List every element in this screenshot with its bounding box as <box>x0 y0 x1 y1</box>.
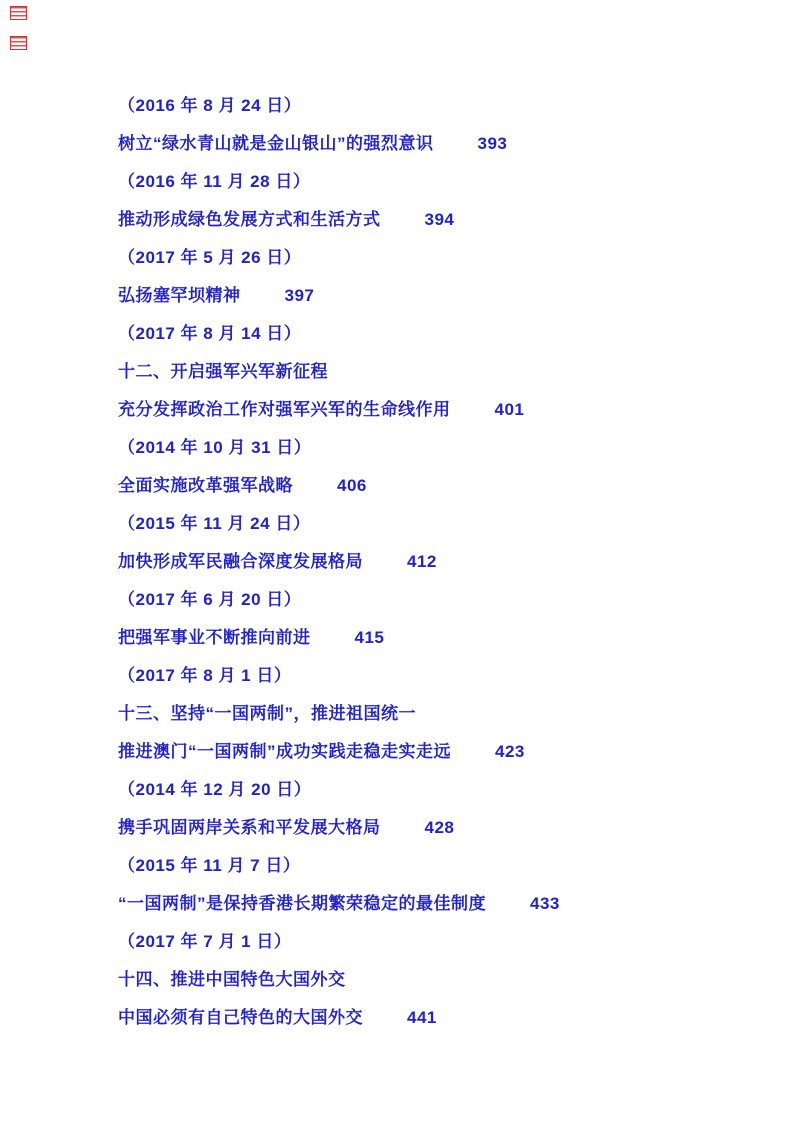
toc-line-title: 充分发挥政治工作对强军兴军的生命线作用401 <box>118 391 760 429</box>
toc-line-title: 加快形成军民融合深度发展格局412 <box>118 543 760 581</box>
toc-entry-page-number: 428 <box>425 818 455 837</box>
toc-line-title: 弘扬塞罕坝精神397 <box>118 277 760 315</box>
toc-entry-page-number: 433 <box>530 894 560 913</box>
toc-line-title: 中国必须有自己特色的大国外交441 <box>118 999 760 1037</box>
toc-entry-page-number: 401 <box>495 400 525 419</box>
toc-line-section: 十四、推进中国特色大国外交 <box>118 961 760 999</box>
corner-stamp-marks <box>10 6 32 66</box>
toc-line-date: （2015 年 11 月 7 日） <box>118 847 760 885</box>
toc-entry-page-number: 406 <box>337 476 367 495</box>
toc-entry-date: （2014 年 12 月 20 日） <box>118 780 311 799</box>
toc-entry-date: （2014 年 10 月 31 日） <box>118 438 311 457</box>
toc-entry-page-number: 441 <box>407 1008 437 1027</box>
toc-line-date: （2017 年 6 月 20 日） <box>118 581 760 619</box>
toc-line-title: “一国两制”是保持香港长期繁荣稳定的最佳制度433 <box>118 885 760 923</box>
toc-entry-title: 加快形成军民融合深度发展格局 <box>118 552 363 571</box>
toc-entry-title: 推进澳门“一国两制”成功实践走稳走实走远 <box>118 742 451 761</box>
toc-entry-date: （2016 年 11 月 28 日） <box>118 172 310 191</box>
toc-entry-date: （2017 年 8 月 1 日） <box>118 666 291 685</box>
toc-section-heading: 十三、坚持“一国两制”，推进祖国统一 <box>118 704 416 723</box>
toc-line-date: （2017 年 7 月 1 日） <box>118 923 760 961</box>
toc-entry-page-number: 415 <box>355 628 385 647</box>
toc-line-date: （2017 年 8 月 14 日） <box>118 315 760 353</box>
toc-entry-date: （2017 年 7 月 1 日） <box>118 932 291 951</box>
toc-line-title: 携手巩固两岸关系和平发展大格局428 <box>118 809 760 847</box>
toc-line-section: 十二、开启强军兴军新征程 <box>118 353 760 391</box>
toc-line-section: 十三、坚持“一国两制”，推进祖国统一 <box>118 695 760 733</box>
toc-entry-title: 树立“绿水青山就是金山银山”的强烈意识 <box>118 134 434 153</box>
toc-list: （2016 年 8 月 24 日）树立“绿水青山就是金山银山”的强烈意识393（… <box>118 87 760 1037</box>
toc-entry-page-number: 394 <box>425 210 455 229</box>
toc-entry-title: 中国必须有自己特色的大国外交 <box>118 1008 363 1027</box>
document-page: （2016 年 8 月 24 日）树立“绿水青山就是金山银山”的强烈意识393（… <box>0 0 800 1130</box>
toc-entry-title: 全面实施改革强军战略 <box>118 476 293 495</box>
toc-line-date: （2017 年 5 月 26 日） <box>118 239 760 277</box>
toc-section-heading: 十二、开启强军兴军新征程 <box>118 362 328 381</box>
toc-line-date: （2016 年 8 月 24 日） <box>118 87 760 125</box>
toc-line-date: （2014 年 10 月 31 日） <box>118 429 760 467</box>
toc-entry-date: （2016 年 8 月 24 日） <box>118 96 301 115</box>
toc-entry-title: “一国两制”是保持香港长期繁荣稳定的最佳制度 <box>118 894 486 913</box>
toc-line-title: 推进澳门“一国两制”成功实践走稳走实走远423 <box>118 733 760 771</box>
toc-line-date: （2016 年 11 月 28 日） <box>118 163 760 201</box>
toc-entry-page-number: 393 <box>478 134 508 153</box>
toc-entry-title: 弘扬塞罕坝精神 <box>118 286 241 305</box>
toc-entry-page-number: 397 <box>285 286 315 305</box>
toc-entry-date: （2017 年 6 月 20 日） <box>118 590 301 609</box>
toc-line-date: （2014 年 12 月 20 日） <box>118 771 760 809</box>
toc-entry-date: （2015 年 11 月 24 日） <box>118 514 310 533</box>
toc-entry-date: （2017 年 5 月 26 日） <box>118 248 301 267</box>
toc-line-title: 树立“绿水青山就是金山银山”的强烈意识393 <box>118 125 760 163</box>
toc-entry-title: 推动形成绿色发展方式和生活方式 <box>118 210 381 229</box>
toc-line-title: 全面实施改革强军战略406 <box>118 467 760 505</box>
toc-line-date: （2017 年 8 月 1 日） <box>118 657 760 695</box>
toc-entry-title: 充分发挥政治工作对强军兴军的生命线作用 <box>118 400 451 419</box>
toc-entry-page-number: 423 <box>495 742 525 761</box>
toc-entry-page-number: 412 <box>407 552 437 571</box>
toc-entry-date: （2015 年 11 月 7 日） <box>118 856 300 875</box>
toc-entry-title: 把强军事业不断推向前进 <box>118 628 311 647</box>
toc-line-title: 把强军事业不断推向前进415 <box>118 619 760 657</box>
red-stamp-mark-bottom <box>10 36 27 50</box>
toc-entry-title: 携手巩固两岸关系和平发展大格局 <box>118 818 381 837</box>
toc-line-title: 推动形成绿色发展方式和生活方式394 <box>118 201 760 239</box>
toc-section-heading: 十四、推进中国特色大国外交 <box>118 970 346 989</box>
red-stamp-mark-top <box>10 6 27 20</box>
toc-line-date: （2015 年 11 月 24 日） <box>118 505 760 543</box>
toc-entry-date: （2017 年 8 月 14 日） <box>118 324 301 343</box>
